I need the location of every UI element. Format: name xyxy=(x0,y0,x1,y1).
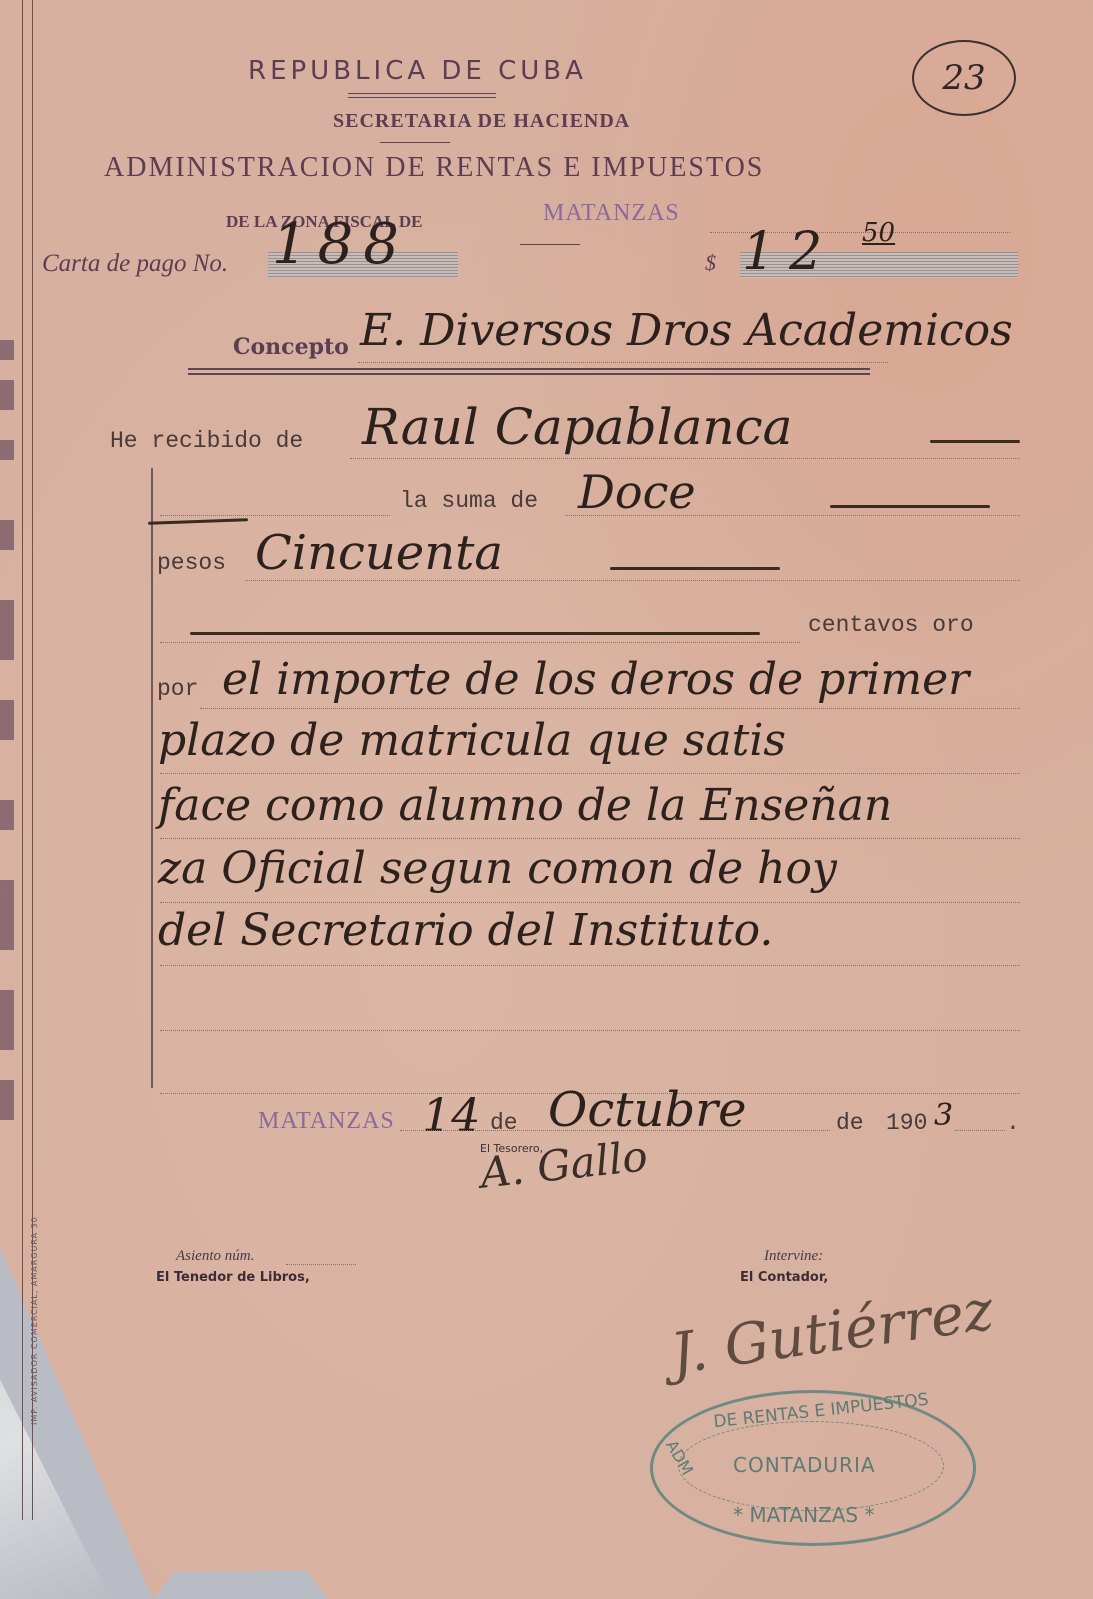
reason-dotted-line xyxy=(160,838,1020,839)
stub-fragment xyxy=(0,700,14,740)
receipt-number-label: Carta de pago No. xyxy=(42,250,228,278)
accountant-label: El Contador, xyxy=(740,1270,828,1285)
date-place-stamp: MATANZAS xyxy=(258,1108,395,1135)
amount-cents: 50 xyxy=(862,218,895,248)
concept-rule xyxy=(188,368,870,370)
body-frame-line xyxy=(151,468,153,1088)
intervene-label: Intervine: xyxy=(764,1248,823,1265)
cents-dotted-line xyxy=(160,642,800,643)
header-divider xyxy=(380,142,450,143)
date-de-1: de xyxy=(490,1110,518,1136)
received-from-value: Raul Capablanca xyxy=(362,398,792,456)
margin-line-outer xyxy=(22,0,23,1520)
receipt-number-value: 188 xyxy=(272,212,409,277)
cents-label: centavos oro xyxy=(808,612,974,638)
stub-fragment xyxy=(0,990,14,1050)
fill-stroke xyxy=(830,505,990,508)
header-office: ADMINISTRACION DE RENTAS E IMPUESTOS xyxy=(104,152,764,184)
reason-dotted-line xyxy=(160,965,1020,966)
stub-fragment xyxy=(0,600,14,660)
received-dotted-line xyxy=(350,458,1020,459)
por-label: por xyxy=(157,676,198,702)
header-divider xyxy=(348,93,496,94)
reason-line: del Secretario del Instituto. xyxy=(158,905,773,956)
sum-value: Doce xyxy=(578,465,696,519)
contaduria-seal: DE RENTAS E IMPUESTOS ADM CONTADURIA * M… xyxy=(650,1390,976,1546)
stub-fragment xyxy=(0,1080,14,1120)
blank-dotted-line xyxy=(160,1030,1020,1031)
concept-dotted-line xyxy=(358,362,888,363)
stub-fragment xyxy=(0,800,14,830)
bookkeeper-label: El Tenedor de Libros, xyxy=(156,1270,310,1285)
sum-label: la suma de xyxy=(400,488,538,514)
date-day: 14 xyxy=(422,1088,481,1142)
pesos-dotted-line xyxy=(245,580,1020,581)
reason-dotted-line xyxy=(160,773,1020,774)
concept-rule xyxy=(188,373,870,375)
reason-dotted-line xyxy=(200,708,1020,709)
stub-fragment xyxy=(0,880,14,950)
entry-label: Asiento núm. xyxy=(176,1248,254,1265)
stub-fragment xyxy=(0,520,14,550)
reason-line: za Oficial segun comon de hoy xyxy=(158,843,837,894)
header-ministry: SECRETARIA DE HACIENDA xyxy=(333,110,630,133)
concept-value: E. Diversos Dros Academicos xyxy=(360,305,1013,356)
date-de-2: de xyxy=(836,1110,864,1136)
pesos-value: Cincuenta xyxy=(255,525,503,581)
sum-dotted-line xyxy=(160,515,390,516)
received-from-label: He recibido de xyxy=(110,428,303,454)
concept-label: Concepto xyxy=(233,334,349,360)
seal-center-text: CONTADURIA xyxy=(733,1453,876,1477)
printer-imprint: IMP. AVISADOR COMERCIAL, AMARGURA 30 xyxy=(30,1216,39,1425)
fill-stroke xyxy=(610,567,780,570)
reason-line: plazo de matricula que satis xyxy=(158,715,786,766)
stub-fragment xyxy=(0,380,14,410)
header-divider xyxy=(520,244,580,245)
zone-stamp: MATANZAS xyxy=(543,200,680,227)
date-dotted-line xyxy=(400,1130,830,1131)
reason-line: face como alumno de la Enseñan xyxy=(158,780,892,831)
reason-line: el importe de los deros de primer xyxy=(222,654,969,705)
header-country: REPUBLICA DE CUBA xyxy=(248,56,587,86)
stub-fragment xyxy=(0,440,14,460)
seal-bottom-text: * MATANZAS * xyxy=(733,1503,874,1527)
date-year-prefix: 190 xyxy=(886,1110,927,1136)
pesos-label: pesos xyxy=(157,550,226,576)
amount-symbol: $ xyxy=(705,250,716,276)
header-divider xyxy=(348,97,496,98)
date-dotted-line xyxy=(955,1130,1005,1131)
fill-stroke xyxy=(930,440,1020,443)
folio-number: 23 xyxy=(912,40,1016,116)
date-year-suffix: 3 xyxy=(934,1098,953,1133)
fill-stroke xyxy=(190,632,760,635)
stub-fragment xyxy=(0,340,14,360)
date-end: . xyxy=(1006,1110,1020,1136)
entry-dotted-line xyxy=(286,1264,356,1265)
amount-value: 12 xyxy=(742,222,836,282)
reason-dotted-line xyxy=(160,902,1020,903)
sum-dotted-line-2 xyxy=(565,515,1020,516)
